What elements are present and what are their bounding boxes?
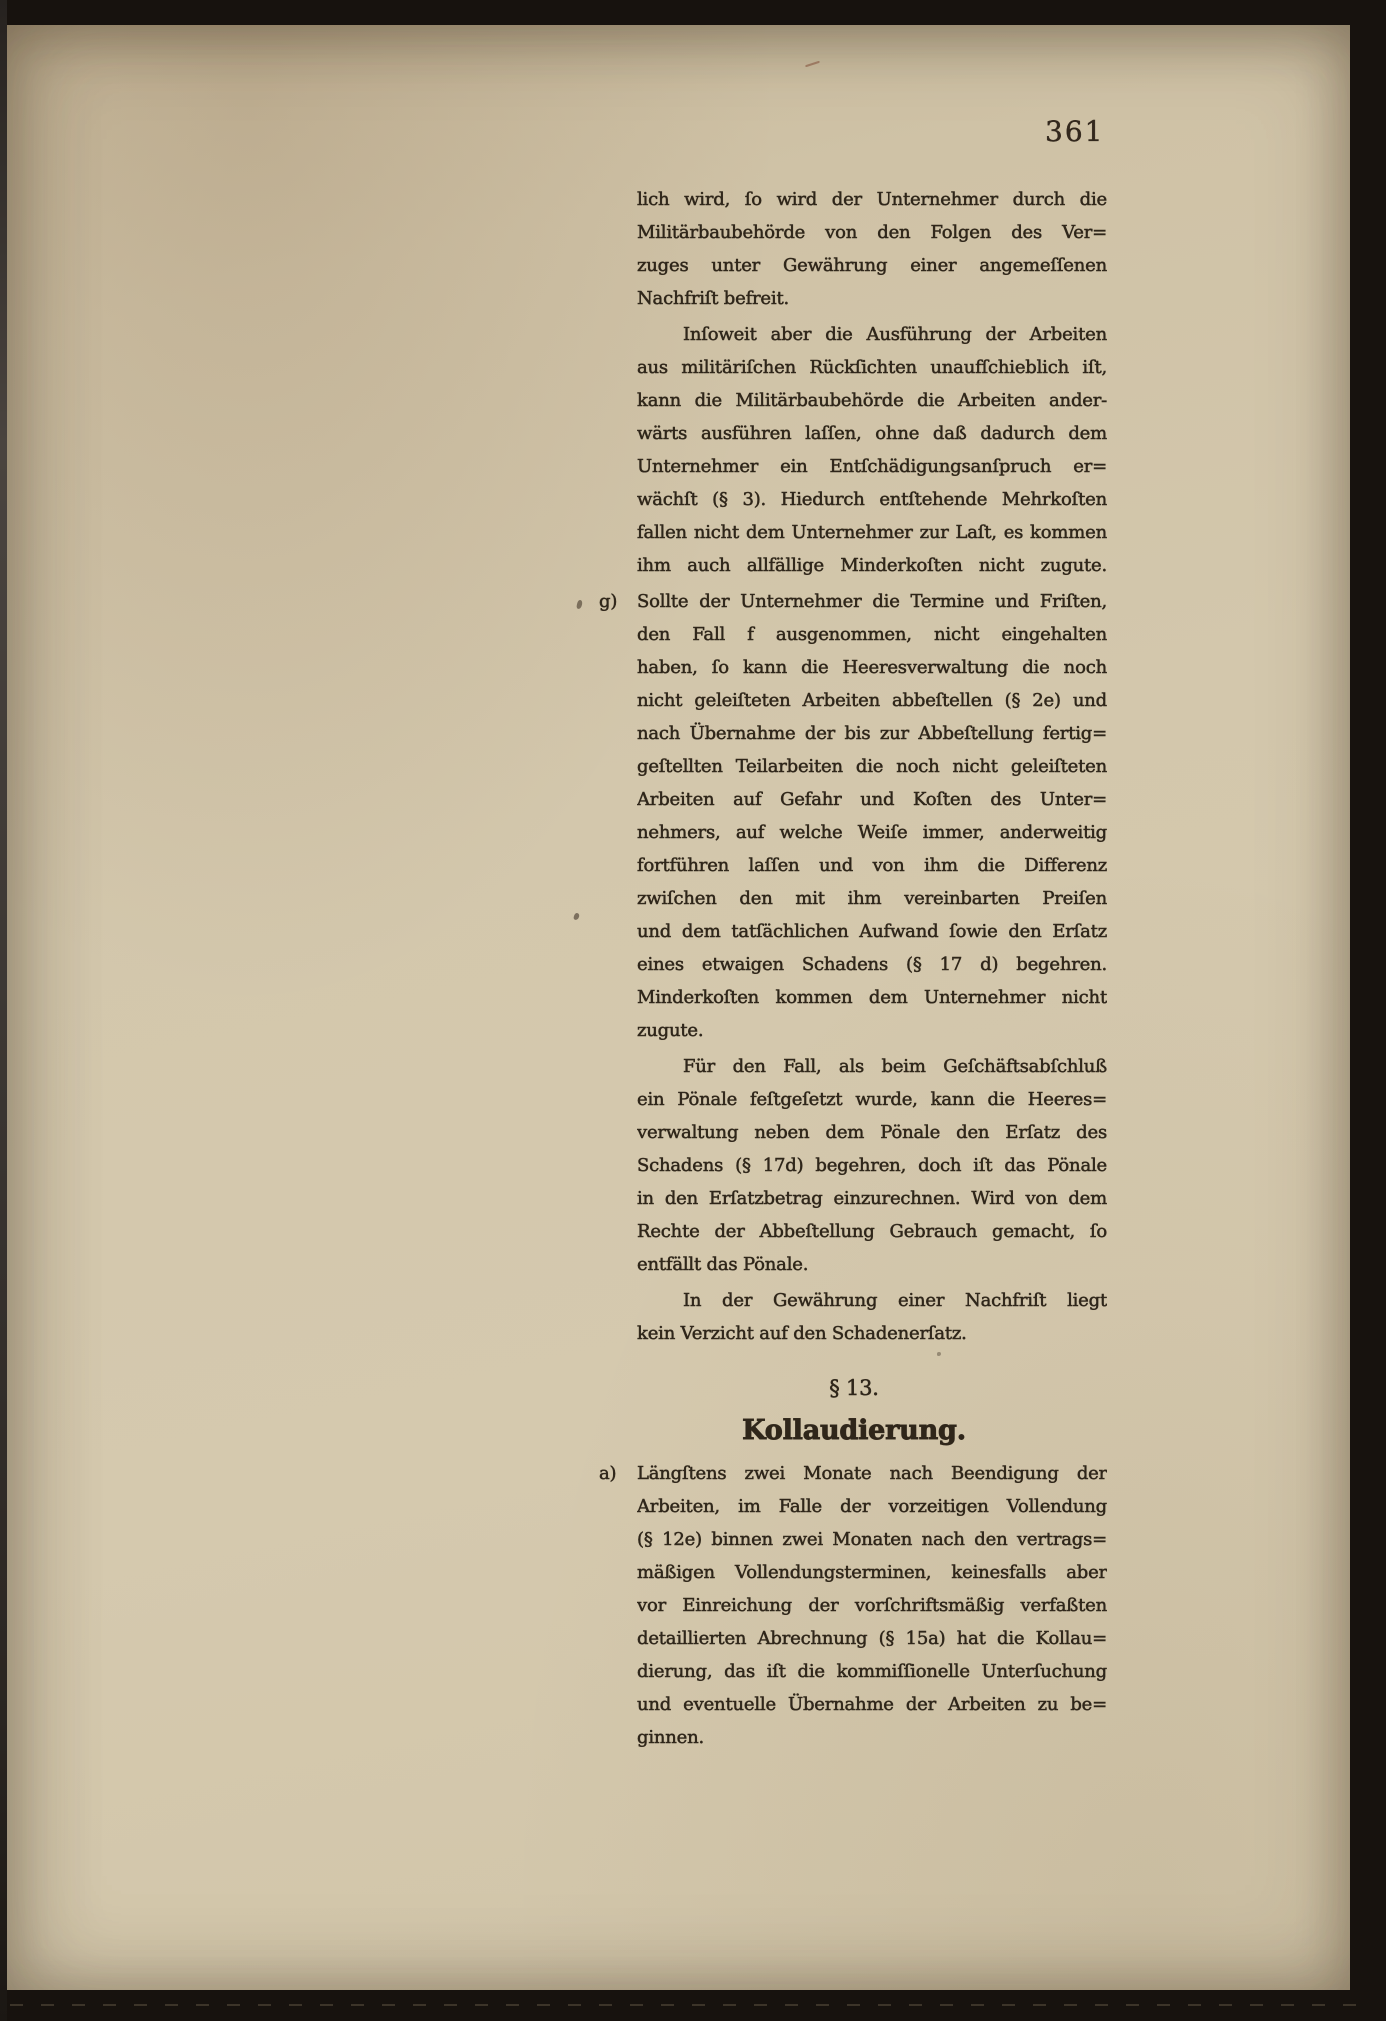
text-line: Minderkoſten kommen dem Unternehmer nich… — [637, 981, 1107, 1014]
text-line: kann die Militärbaubehörde die Arbeiten … — [637, 384, 1107, 417]
text-line: vor Einreichung der vorſchriftsmäßig ver… — [637, 1589, 1107, 1622]
text-line: eines etwaigen Schadens (§ 17 d) begehre… — [637, 948, 1107, 981]
text-column: lich wird, ſo wird der Unternehmer durch… — [637, 183, 1107, 1757]
text-line: ginnen. — [637, 1721, 1107, 1754]
text-line: zuges unter Gewährung einer angemeſſenen — [637, 249, 1107, 282]
text-line: Unternehmer ein Entſchädigungsanſpruch e… — [637, 450, 1107, 483]
text-line: Für den Fall, als beim Geſchäftsabſchluß — [637, 1050, 1107, 1083]
text-line: aus militäriſchen Rückſichten unaufſchie… — [637, 351, 1107, 384]
text-line: wächſt (§ 3). Hiedurch entſtehende Mehrk… — [637, 483, 1107, 516]
para-insoweit: Inſoweit aber die Ausführung der Arbeite… — [637, 318, 1107, 582]
text-line: lich wird, ſo wird der Unternehmer durch… — [637, 183, 1107, 216]
section-heading: § 13. — [637, 1372, 1107, 1405]
text-line: Schadens (§ 17d) begehren, doch iſt das … — [637, 1149, 1107, 1182]
text-line: und dem tatſächlichen Aufwand ſowie den … — [637, 915, 1107, 948]
text-line: Inſoweit aber die Ausführung der Arbeite… — [637, 318, 1107, 351]
text-line: Arbeiten, im Falle der vorzeitigen Volle… — [637, 1490, 1107, 1523]
text-line: nicht geleiſteten Arbeiten abbeſtellen (… — [637, 684, 1107, 717]
text-line: Arbeiten auf Gefahr und Koſten des Unter… — [637, 783, 1107, 816]
text-line: Kollaudierung. — [637, 1411, 1071, 1451]
text-line: verwaltung neben dem Pönale den Erſatz d… — [637, 1116, 1107, 1149]
text-line: Militärbaubehörde von den Folgen des Ver… — [637, 216, 1107, 249]
text-line: zugute. — [637, 1014, 1107, 1047]
text-line: kein Verzicht auf den Schadenerſatz. — [637, 1317, 1107, 1350]
scanned-page: 361 lich wird, ſo wird der Unternehmer d… — [0, 0, 1386, 2021]
text-line: In der Gewährung einer Nachfriſt liegt — [637, 1284, 1107, 1317]
text-line: ihm auch allfällige Minderkoſten nicht z… — [637, 549, 1107, 582]
text-line: nach Übernahme der bis zur Abbeſtellung … — [637, 717, 1107, 750]
text-line: dierung, das iſt die kommiſſionelle Unte… — [637, 1655, 1107, 1688]
para-continuation: lich wird, ſo wird der Unternehmer durch… — [637, 183, 1107, 315]
text-line: geſtellten Teilarbeiten die noch nicht g… — [637, 750, 1107, 783]
text-line: fallen nicht dem Unternehmer zur Laſt, e… — [637, 516, 1107, 549]
item-a: a)Längſtens zwei Monate nach Beendigung … — [637, 1457, 1107, 1754]
page-number: 361 — [1045, 115, 1104, 148]
text-line: nehmers, auf welche Weiſe immer, anderwe… — [637, 816, 1107, 849]
text-line: § 13. — [637, 1372, 1071, 1405]
paper-speck — [573, 912, 580, 920]
text-line: fortführen laſſen und von ihm die Differ… — [637, 849, 1107, 882]
section-title: Kollaudierung. — [637, 1411, 1107, 1451]
text-line: haben, ſo kann die Heeresverwaltung die … — [637, 651, 1107, 684]
para-poenale: Für den Fall, als beim Geſchäftsabſchluß… — [637, 1050, 1107, 1281]
item-g: g)Sollte der Unternehmer die Termine und… — [637, 585, 1107, 1047]
text-line: ein Pönale feſtgeſetzt wurde, kann die H… — [637, 1083, 1107, 1116]
item-marker: g) — [599, 585, 617, 618]
text-line: Sollte der Unternehmer die Termine und F… — [637, 585, 1107, 618]
para-nachfrist: In der Gewährung einer Nachfriſt liegtke… — [637, 1284, 1107, 1350]
text-line: Rechte der Abbeſtellung Gebrauch gemacht… — [637, 1215, 1107, 1248]
text-line: detaillierten Abrechnung (§ 15a) hat die… — [637, 1622, 1107, 1655]
text-line: entfällt das Pönale. — [637, 1248, 1107, 1281]
text-line: den Fall f ausgenommen, nicht eingehalte… — [637, 618, 1107, 651]
text-line: Nachfriſt befreit. — [637, 282, 1107, 315]
paper-fiber — [805, 61, 820, 68]
text-line: in den Erſatzbetrag einzurechnen. Wird v… — [637, 1182, 1107, 1215]
book-page: 361 lich wird, ſo wird der Unternehmer d… — [7, 25, 1350, 1990]
text-line: wärts ausführen laſſen, ohne daß dadurch… — [637, 417, 1107, 450]
scan-left-edge — [0, 0, 7, 2021]
text-line: und eventuelle Übernahme der Arbeiten zu… — [637, 1688, 1107, 1721]
text-line: zwiſchen den mit ihm vereinbarten Preiſe… — [637, 882, 1107, 915]
paper-speck — [576, 600, 583, 610]
text-line: (§ 12e) binnen zwei Monaten nach den ver… — [637, 1523, 1107, 1556]
scan-bottom-stitch — [10, 2004, 1370, 2006]
text-line: mäßigen Vollendungsterminen, keinesfalls… — [637, 1556, 1107, 1589]
item-marker: a) — [599, 1457, 616, 1490]
text-line: Längſtens zwei Monate nach Beendigung de… — [637, 1457, 1107, 1490]
